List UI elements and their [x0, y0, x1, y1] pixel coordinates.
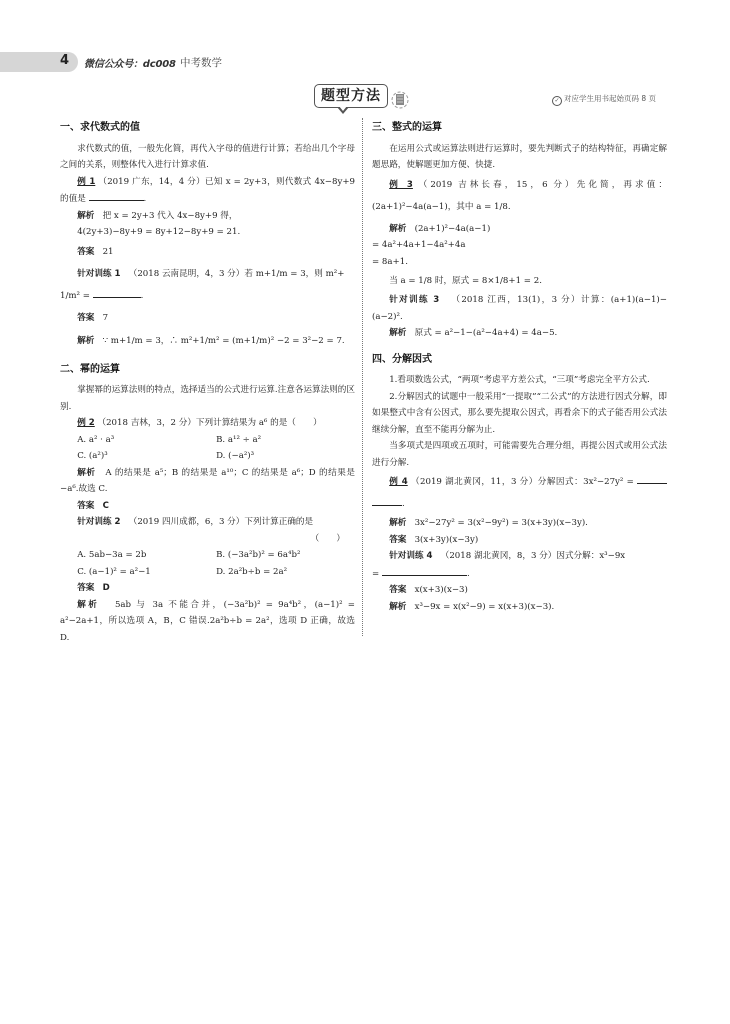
- analysis: 解析 (2a+1)²−4a(a−1): [372, 221, 667, 238]
- answer-blank: [93, 287, 141, 298]
- check-icon: ✓: [552, 96, 562, 106]
- section-title: 一、求代数式的值: [60, 120, 355, 137]
- section-banner: 题型方法: [314, 84, 388, 108]
- method-point: 当多项式是四项或五项时，可能需要先合理分组，再提公因式或用公式法进行分解.: [372, 438, 667, 471]
- example-4: 例 4 （2019 湖北黄冈，11，3 分）分解因式：3x²−27y² = .: [372, 471, 667, 515]
- training-4: 针对训练 4 （2018 湖北黄冈，8，3 分）因式分解：x³−9x: [372, 548, 667, 565]
- training-2: 针对训练 2 （2019 四川成都，6，3 分）下列计算正确的是: [60, 514, 355, 531]
- section-title: 二、幂的运算: [60, 362, 355, 379]
- analysis: 解析 原式 = a²−1−(a²−4a+4) = 4a−5.: [372, 325, 667, 342]
- page-number: 4: [60, 53, 69, 68]
- column-divider: [362, 118, 363, 636]
- training-3: 针对训练 3 （2018 江西，13(1)，3 分）计算：(a+1)(a−1)−…: [372, 292, 667, 325]
- example-2: 例 2 （2018 吉林，3，2 分）下列计算结果为 a⁶ 的是（ ）: [60, 415, 355, 432]
- right-column: 三、整式的运算 在运用公式或运算法则进行运算时，要先判断式子的结构特征，再确定解…: [372, 118, 667, 615]
- subject-label: 中考数学: [180, 55, 222, 70]
- section-title: 三、整式的运算: [372, 120, 667, 137]
- training-1: 针对训练 1 （2018 云南昆明，4，3 分）若 m+1/m = 3，则 m²…: [60, 263, 355, 285]
- section-intro: 求代数式的值，一般先化简，再代入字母的值进行计算；若给出几个字母之间的关系，则整…: [60, 141, 355, 174]
- answer: 答案 21: [60, 244, 355, 261]
- answer: 答案 3(x+3y)(x−3y): [372, 532, 667, 549]
- analysis: 解析 5ab 与 3a 不能合并，(−3a²b)² = 9a⁴b²，(a−1)²…: [60, 597, 355, 647]
- section-intro: 掌握幂的运算法则的特点，选择适当的公式进行运算.注意各运算法则的区别.: [60, 382, 355, 415]
- example-label: 例 1: [77, 177, 95, 187]
- answer: 答案 7: [60, 310, 355, 327]
- method-point: 2.分解因式的试题中一般采用“一提取”“二公式”的方法进行因式分解，即如果整式中…: [372, 389, 667, 439]
- analysis: 解析 A 的结果是 a⁵；B 的结果是 a¹⁰；C 的结果是 a⁶；D 的结果是…: [60, 465, 355, 498]
- answer: 答案 D: [60, 580, 355, 597]
- left-column: 一、求代数式的值 求代数式的值，一般先化简，再代入字母的值进行计算；若给出几个字…: [60, 118, 355, 646]
- example-1: 例 1 （2019 广东，14，4 分）已知 x = 2y+3，则代数式 4x−…: [60, 174, 355, 208]
- options: A. 5ab−3a = 2b B. (−3a²b)² = 6a⁴b²: [60, 547, 355, 564]
- options: A. a² · a³ B. a¹² ÷ a²: [60, 432, 355, 449]
- answer: 答案 x(x+3)(x−3): [372, 582, 667, 599]
- analysis: 解析 ∵ m+1/m = 3，∴ m²+1/m² = (m+1/m)² −2 =…: [60, 330, 355, 352]
- wechat-label: 微信公众号：dc008: [84, 55, 176, 70]
- book-icon: [389, 88, 411, 114]
- answer: 答案 C: [60, 498, 355, 515]
- reference-note: ✓对应学生用书起始页码 8 页: [552, 93, 656, 106]
- answer-blank: [382, 565, 467, 576]
- answer-blank: [89, 190, 144, 201]
- example-3: 例 3 （2019 吉林长春，15，6 分）先化简，再求值：(2a+1)²−4a…: [372, 174, 667, 218]
- analysis: 解析 3x²−27y² = 3(x²−9y²) = 3(x+3y)(x−3y).: [372, 515, 667, 532]
- section-title: 四、分解因式: [372, 352, 667, 369]
- section-intro: 在运用公式或运算法则进行运算时，要先判断式子的结构特征，再确定解题思路，使解题更…: [372, 141, 667, 174]
- method-point: 1.看项数选公式，“两项”考虑平方差公式，“三项”考虑完全平方公式.: [372, 372, 667, 389]
- analysis: 解析 x³−9x = x(x²−9) = x(x+3)(x−3).: [372, 599, 667, 616]
- analysis: 解析 把 x = 2y+3 代入 4x−8y+9 得，: [60, 208, 355, 225]
- answer-blank: [372, 495, 402, 506]
